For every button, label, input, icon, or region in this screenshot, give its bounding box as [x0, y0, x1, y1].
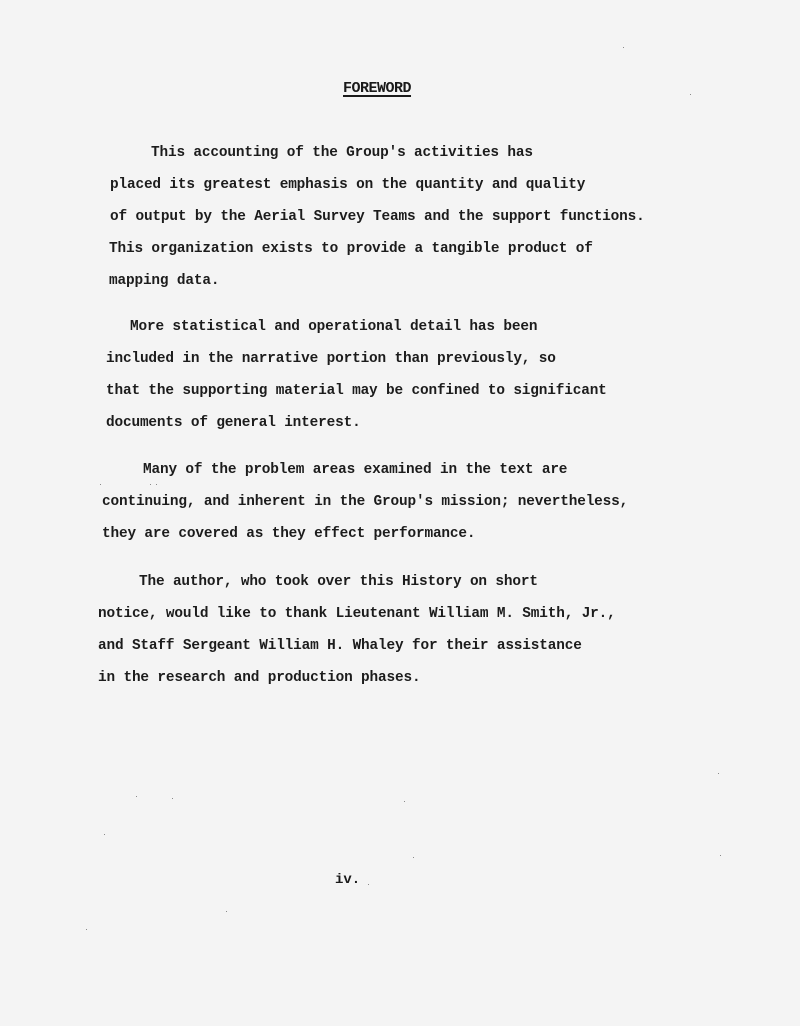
- scan-speck: [690, 94, 691, 95]
- paragraph-line: mapping data.: [109, 274, 219, 288]
- paragraph-line: notice, would like to thank Lieutenant W…: [98, 607, 616, 621]
- scan-speck: [86, 929, 87, 930]
- scan-speck: [100, 484, 101, 485]
- paragraph-line: included in the narrative portion than p…: [106, 352, 556, 366]
- page-number: iv.: [335, 872, 360, 888]
- paragraph-line: continuing, and inherent in the Group's …: [102, 495, 628, 509]
- scan-speck: [136, 796, 137, 797]
- scan-speck: [718, 773, 719, 774]
- paragraph-line: placed its greatest emphasis on the quan…: [110, 178, 585, 192]
- paragraph-line: and Staff Sergeant William H. Whaley for…: [98, 639, 582, 653]
- paragraph-line: they are covered as they effect performa…: [102, 527, 475, 541]
- paragraph-line: documents of general interest.: [106, 416, 361, 430]
- paragraph-line: This organization exists to provide a ta…: [109, 242, 593, 256]
- paragraph-line: in the research and production phases.: [98, 671, 420, 685]
- scan-speck: [413, 857, 414, 858]
- scan-speck: [104, 834, 105, 835]
- paragraph-line: Many of the problem areas examined in th…: [143, 463, 567, 477]
- paragraph-line: of output by the Aerial Survey Teams and…: [110, 210, 645, 224]
- scan-speck: [150, 484, 151, 485]
- scan-speck: [623, 47, 624, 48]
- scan-speck: [404, 801, 405, 802]
- page-title: FOREWORD: [343, 80, 411, 97]
- paragraph-line: The author, who took over this History o…: [139, 575, 538, 589]
- scan-speck: [172, 798, 173, 799]
- paragraph-line: This accounting of the Group's activitie…: [151, 146, 533, 160]
- document-page: FOREWORD This accounting of the Group's …: [0, 0, 800, 1026]
- scan-speck: [368, 884, 369, 885]
- scan-speck: [226, 911, 227, 912]
- scan-speck: [156, 484, 157, 485]
- paragraph-line: that the supporting material may be conf…: [106, 384, 607, 398]
- scan-speck: [720, 855, 721, 856]
- paragraph-line: More statistical and operational detail …: [130, 320, 537, 334]
